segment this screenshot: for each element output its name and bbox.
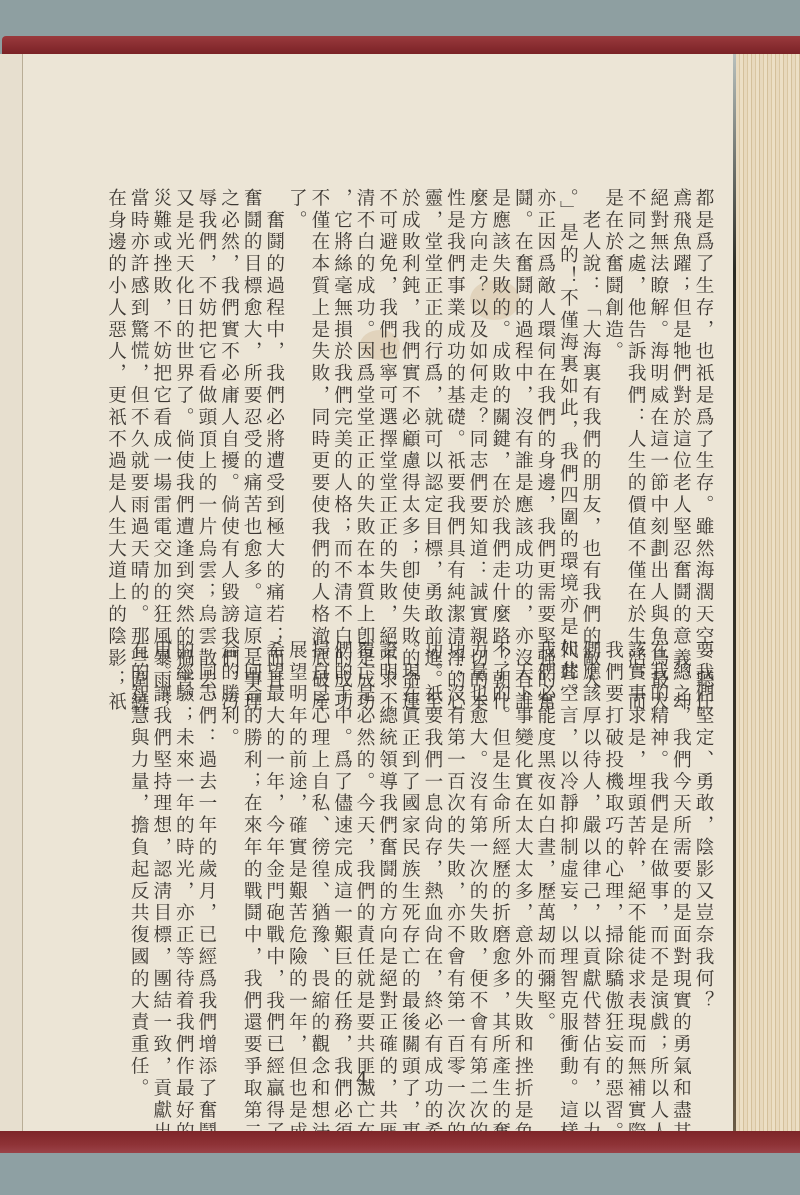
text-column: 功；沒有第一百次的失敗，亦不會有第一百零一次的成 (443, 640, 466, 1058)
text-column: 覆亡是必然的。今天，我們的責任就是要共匪滅亡在我 (353, 640, 376, 1058)
book-cover-cloth-bottom (0, 1153, 800, 1195)
text-column: 代替空言，以冷靜抑制虛妄，以理智克服衝動。這樣， (556, 640, 579, 1058)
book-binding-bottom-edge (0, 1131, 800, 1153)
text-column: 了。 (285, 188, 308, 606)
text-column: 力量也愈大。沒有第一次的失敗，便不會有第二次的成 (465, 640, 488, 1058)
text-column: 不了的。但是生命所經歷的折磨愈多，其所產生的奮鬪 (488, 640, 511, 1058)
text-column: 不僅在本質上是失敗，同時更要使我們的人格澈底破產 (307, 188, 330, 606)
text-column: 又是光天化日的世界了。倘使我們遭逢到突然的禍害、 (172, 188, 195, 606)
text-column: 有的智慧與力量，擔負起反共復國的大責重任。 (127, 640, 150, 1058)
text-column: 總之，我們今天所需要的是面對現實的勇氣和盡其 (669, 640, 692, 1058)
text-column: 災難或挫敗，不妨把它看成一場雷電交加的狂風暴雨； (149, 188, 172, 606)
text-column: 於成敗利鈍，我們實不必顧慮得太多；卽使失敗的命運 (398, 188, 421, 606)
text-column: 清不白的成功。因爲堂堂正正的失敗在本質上卽是成功 (353, 188, 376, 606)
text-column: 合的勝利。 (217, 640, 240, 1058)
text-column: 性是我們事業成功的基礎。祇要我們具有純潔清淨的心 (443, 188, 466, 606)
text-column: 我們要打破投機取巧的心理，掃除驕傲狂妄的惡習。我 (601, 640, 624, 1058)
text-column: 都是爲了生存，也祇是爲了生存。雖然海濶天空，聽任 (691, 188, 714, 606)
text-column: 要我們堅定、勇敢，陰影又豈奈我何？ (691, 640, 714, 1058)
text-column: 不同之處，他告訴我們：人生的價值不僅在於生活，而 (624, 188, 647, 606)
text-column: 奮鬪的過程中，我們必將遭受到極大的痛若；而且 (262, 188, 285, 606)
text-column: 證明 總統領導我們奮鬪的方向是絕對正確的，共匪的 (375, 640, 398, 1058)
text-column: 鳶飛魚躍；但是牠們對於這位老人堅忍奮鬪的意義，却 (669, 188, 692, 606)
text-column: 是應該失敗的。成敗的關鍵，在於我們走什麼路？朝什 (488, 188, 511, 606)
page-stack-edges (736, 54, 800, 1131)
text-column: 是在於奮鬪創造。 (601, 188, 624, 606)
text-column: 用。讓我們堅持理想，認淸目標，團結一致，貢獻出所 (149, 640, 172, 1058)
text-column: 老人說：「大海裏有我們的朋友，也有我們的敵人 (578, 188, 601, 606)
previous-page-edge (0, 54, 23, 1131)
text-column: 。」是的！不僅海裏如此，我們四圍的環境亦是如此。 (556, 188, 579, 606)
text-column: 功。祇要我們一息尙存，熱血尙在，終必有成功的希望 (420, 640, 443, 1058)
text-column: 在我的精神。我們是在做事，而不是演戲；所以人人應 (646, 640, 669, 1058)
text-column: 靈，堂堂正正的行爲，就可以認定目標，勇敢前進。至 (420, 188, 443, 606)
text-column: 亦正因爲敵人環伺在我們的身邊，我們更需要堅强的奮 (533, 188, 556, 606)
book-binding-top-edge (2, 36, 800, 54)
text-column: 麼方向走？以及如何走？同志們要知道：誠實親切的本 (465, 188, 488, 606)
text-column: ，它將絲毫無損於我們完美的人格；而不清不白的成功 (330, 188, 353, 606)
upper-text-block: 都是爲了生存，也祇是爲了生存。雖然海濶天空，聽任鳶飛魚躍；但是牠們對於這位老人堅… (104, 188, 714, 606)
text-column: 絕對無法瞭解。海明威在這一節中刻劃出人與魚鳥最大 (646, 188, 669, 606)
text-column: 天下事變化實在太大太多，意外的失敗和挫折是免 (511, 640, 534, 1058)
text-column: 。現在眞正到了國家民族生死存亡的最後關頭了，事實 (398, 640, 421, 1058)
text-column: 我們必能度黑夜如白晝，歷萬刼而彌堅。 (533, 640, 556, 1058)
text-column: 同志們：過去一年的歲月，已經爲我們增添了奮鬪 (194, 640, 217, 1058)
text-column: 一回合的勝利；在來年的戰鬪中，我們還要爭取第二回 (240, 640, 263, 1058)
text-column: 之必然，我們實不必庸人自擾。倘使有人毀謗我們，汚 (217, 188, 240, 606)
text-column: 展望明年的前途，確實是艱苦危險的一年，但也是成功 (285, 640, 308, 1058)
text-column: 奮鬪的目標愈大，所要忍受的痛苦也愈多。這原是事理 (240, 188, 263, 606)
text-column: 當時亦許感到驚慌，但不久就要雨過天晴的。那些圍繞 (127, 188, 150, 606)
text-column: 鬪。在奮鬪的過程中，沒有誰是應該成功的，亦沒有誰 (511, 188, 534, 606)
text-column: 們的手中。爲了儘速完成這一艱巨的任務，我們必須一 (330, 640, 353, 1058)
text-column: 希望最大的一年，今年金門砲戰中，我們已經贏得了第 (262, 640, 285, 1058)
text-column: 在身邊的小人惡人，更祇不過是人生大道上的陰影；祇 (104, 188, 127, 606)
text-column: 不可避免，我們也寧可選擇堂堂正正的失敗，絕不求不 (375, 188, 398, 606)
page-number: 4 (356, 1068, 368, 1090)
text-column: 該實事求是，埋頭苦幹，絕不能徒求表現而無補實際。 (624, 640, 647, 1058)
text-column: 們應該厚以待人，嚴以律己，以貢獻代替佔有，以力行 (578, 640, 601, 1058)
lower-text-block: 要我們堅定、勇敢，陰影又豈奈我何？ 總之，我們今天所需要的是面對現實的勇氣和盡其… (127, 640, 714, 1058)
text-column: 掃自己心理上自私、徬徨、猶豫、畏縮的觀念和想法。 (307, 640, 330, 1058)
text-column: 辱我們，不妨把它看做頭頂上的一片烏雲；烏雲散去， (194, 188, 217, 606)
text-column: 的經驗；未來一年的時光，亦正等待着我們作最好的運 (172, 640, 195, 1058)
